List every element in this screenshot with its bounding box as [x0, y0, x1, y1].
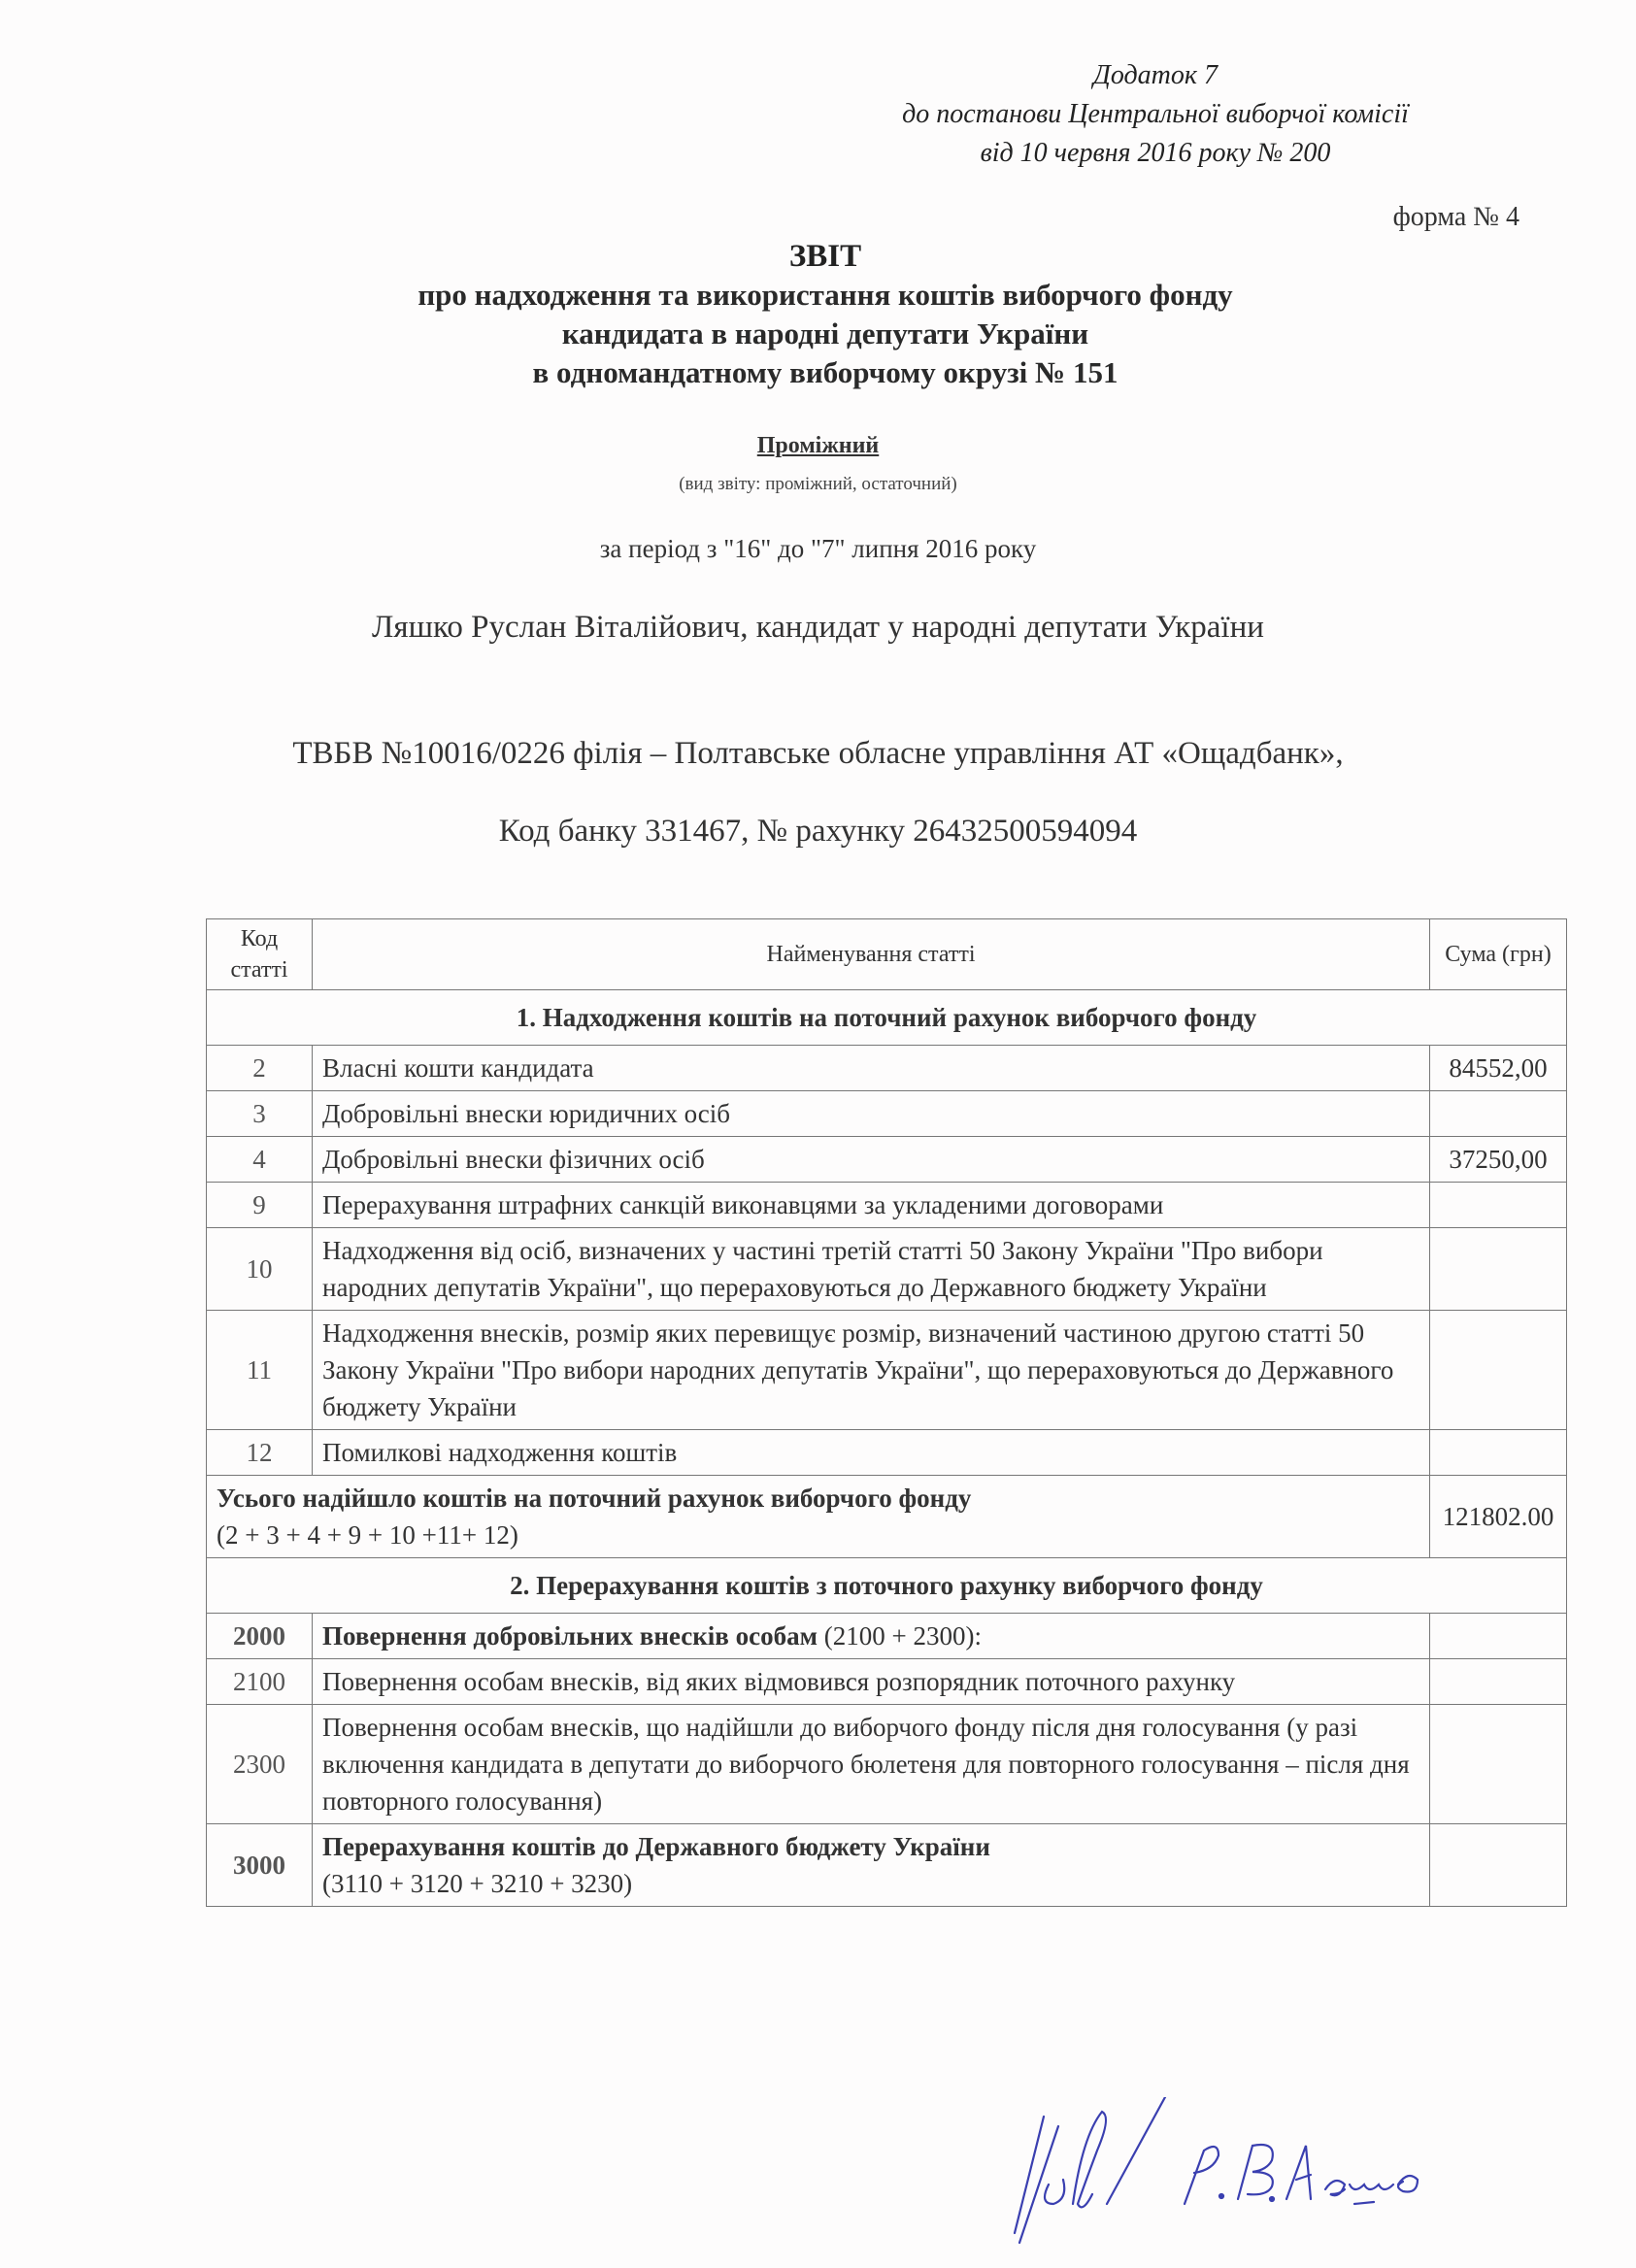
row-sum: [1430, 1659, 1567, 1705]
row-name: Перерахування штрафних санкцій виконавця…: [313, 1183, 1430, 1228]
header-name: Найменування статті: [313, 919, 1430, 990]
total-formula: (2 + 3 + 4 + 9 + 10 +11+ 12): [217, 1520, 518, 1550]
report-period: за період з "16" до "7" липня 2016 року: [0, 534, 1636, 564]
row-sum: [1430, 1430, 1567, 1476]
row-sum: [1430, 1311, 1567, 1430]
table-row: 3000Перерахування коштів до Державного б…: [207, 1824, 1567, 1907]
report-type: Проміжний: [0, 433, 1636, 459]
row-code: 4: [207, 1137, 313, 1183]
row-name: Повернення добровільних внесків особам (…: [313, 1614, 1430, 1659]
table-row: 12Помилкові надходження коштів: [207, 1430, 1567, 1476]
header-sum: Сума (грн): [1430, 919, 1567, 990]
report-title: ЗВІТ: [243, 237, 1408, 276]
header-code: Код статті: [207, 919, 313, 990]
total-row: Усього надійшло коштів на поточний рахун…: [207, 1476, 1567, 1558]
row-sum: [1430, 1614, 1567, 1659]
row-name-formula: (2100 + 2300):: [818, 1621, 982, 1651]
row-code: 2: [207, 1046, 313, 1091]
row-code: 2300: [207, 1705, 313, 1824]
section-2-heading: 2. Перерахування коштів з поточного раху…: [207, 1558, 1567, 1614]
table-row: 2300Повернення особам внесків, що надійш…: [207, 1705, 1567, 1824]
report-type-hint: (вид звіту: проміжний, остаточний): [0, 474, 1636, 495]
signature: [961, 2097, 1544, 2262]
table-row: 2Власні кошти кандидата84552,00: [207, 1046, 1567, 1091]
row-sum: [1430, 1183, 1567, 1228]
section-1-heading: 1. Надходження коштів на поточний рахуно…: [207, 990, 1567, 1046]
row-sum: [1430, 1091, 1567, 1137]
row-name-bold: Повернення добровільних внесків особам: [322, 1621, 818, 1651]
row-code: 10: [207, 1228, 313, 1311]
table-row: 3Добровільні внески юридичних осіб: [207, 1091, 1567, 1137]
row-name: Надходження внесків, розмір яких перевищ…: [313, 1311, 1430, 1430]
row-name: Помилкові надходження коштів: [313, 1430, 1430, 1476]
appendix-reference: Додаток 7 до постанови Центральної вибор…: [816, 56, 1495, 173]
row-name-bold: Перерахування коштів до Державного бюдже…: [322, 1832, 990, 1861]
appendix-line-2: до постанови Центральної виборчої комісі…: [816, 95, 1495, 134]
appendix-line-3: від 10 червня 2016 року № 200: [816, 134, 1495, 173]
row-name: Повернення особам внесків, від яких відм…: [313, 1659, 1430, 1705]
row-sum: [1430, 1228, 1567, 1311]
form-number: форма № 4: [1393, 202, 1519, 233]
row-name: Власні кошти кандидата: [313, 1046, 1430, 1091]
appendix-line-1: Додаток 7: [816, 56, 1495, 95]
total-label: Усього надійшло коштів на поточний рахун…: [217, 1484, 971, 1513]
row-name: Добровільні внески юридичних осіб: [313, 1091, 1430, 1137]
row-name: Перерахування коштів до Державного бюдже…: [313, 1824, 1430, 1907]
table-row: 2100Повернення особам внесків, від яких …: [207, 1659, 1567, 1705]
table-row: 2000Повернення добровільних внесків особ…: [207, 1614, 1567, 1659]
row-name-formula: (3110 + 3120 + 3210 + 3230): [322, 1869, 632, 1898]
row-name: Повернення особам внесків, що надійшли д…: [313, 1705, 1430, 1824]
row-code: 12: [207, 1430, 313, 1476]
row-code: 11: [207, 1311, 313, 1430]
report-subtitle-3: в одномандатному виборчому окрузі № 151: [243, 353, 1408, 392]
report-subtitle-1: про надходження та використання коштів в…: [243, 276, 1408, 315]
row-code: 9: [207, 1183, 313, 1228]
report-title-block: ЗВІТ про надходження та використання кош…: [243, 237, 1408, 392]
row-code: 3000: [207, 1824, 313, 1907]
row-code: 3: [207, 1091, 313, 1137]
account-details: Код банку 331467, № рахунку 264325005940…: [0, 814, 1636, 850]
row-sum: 37250,00: [1430, 1137, 1567, 1183]
report-table: Код статті Найменування статті Сума (грн…: [206, 918, 1567, 1907]
table-header-row: Код статті Найменування статті Сума (грн…: [207, 919, 1567, 990]
candidate-name: Ляшко Руслан Віталійович, кандидат у нар…: [0, 610, 1636, 646]
table-row: 4Добровільні внески фізичних осіб37250,0…: [207, 1137, 1567, 1183]
row-sum: 84552,00: [1430, 1046, 1567, 1091]
row-sum: [1430, 1705, 1567, 1824]
total-sum: 121802.00: [1430, 1476, 1567, 1558]
table-row: 10Надходження від осіб, визначених у час…: [207, 1228, 1567, 1311]
row-sum: [1430, 1824, 1567, 1907]
bank-details: ТВБВ №10016/0226 філія – Полтавське обла…: [0, 736, 1636, 772]
table-row: 11Надходження внесків, розмір яких перев…: [207, 1311, 1567, 1430]
table-row: 9Перерахування штрафних санкцій виконавц…: [207, 1183, 1567, 1228]
row-name: Добровільні внески фізичних осіб: [313, 1137, 1430, 1183]
report-subtitle-2: кандидата в народні депутати України: [243, 315, 1408, 353]
row-name: Надходження від осіб, визначених у части…: [313, 1228, 1430, 1311]
row-code: 2100: [207, 1659, 313, 1705]
row-code: 2000: [207, 1614, 313, 1659]
